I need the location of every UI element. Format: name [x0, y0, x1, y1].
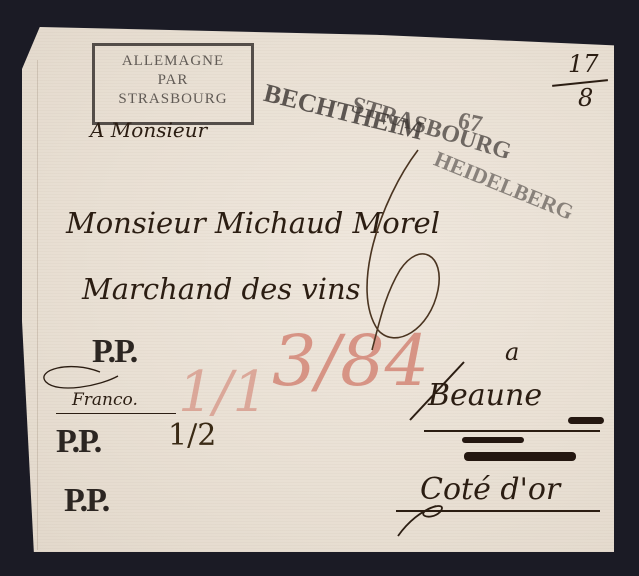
- oval-six-mark: [367, 150, 439, 350]
- franco-flourish: [44, 367, 118, 388]
- manuscript-flourishes: [0, 0, 639, 576]
- department-flourish: [398, 506, 442, 536]
- city-initial-stroke: [410, 362, 464, 420]
